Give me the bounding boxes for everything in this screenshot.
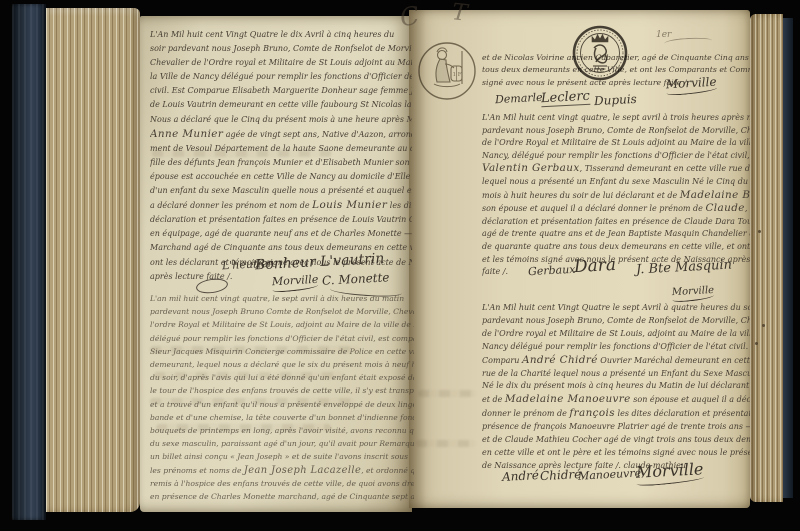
manuscript-line: en équipage, agé de quarante neuf ans et… [150,227,412,241]
manuscript-line: Nancy, délégué pour remplir les fonction… [482,150,750,163]
manuscript-line: un billet ainsi conçu « Jean Joseph » et… [150,450,414,463]
person-name: André Chidré [522,354,598,366]
signature-witness: André [502,468,540,484]
person-name: françois [569,407,615,419]
manuscript-line: la Ville de Nancy délégué pour remplir l… [150,70,412,84]
manuscript-line: Valentin Gerbaux, Tisserand demeurant en… [482,162,750,176]
manuscript-line: soir pardevant nous Joseph Bruno, Comte … [150,42,412,56]
manuscript-line: et de Madelaine Manoeuvre son épouse et … [482,393,750,407]
foundling-act-lacazelle: L'an mil huit cent vingt quatre, le sept… [150,292,414,503]
page-edges-left [46,8,140,512]
signature-official: Morville [666,75,718,97]
book-cover-left [12,4,46,520]
ink-showthrough [418,390,476,397]
manuscript-line: mois à huit heures du soir de lui déclar… [482,189,750,203]
manuscript-line: Nancy délégué pour remplir les fonctions… [482,341,750,354]
person-name: Madelaine Manoeuvre [505,393,631,405]
manuscript-line: le tour de l'hospice des enfans trouvés … [150,384,414,397]
book-cover-right [783,18,793,498]
person-name: Anne Munier [150,128,223,140]
manuscript-line: les prénoms et noms de Jean Joseph Lacaz… [150,464,414,477]
manuscript-line: l'ordre Royal et Militaire de St Louis, … [150,318,414,331]
manuscript-line: lequel nous a présenté un Enfant du sexe… [482,176,750,189]
manuscript-line: déclaration et présentation faites en pr… [482,216,750,229]
person-name: Claude [705,202,744,214]
manuscript-line: L'An Mil huit cent vingt quatre, le sept… [482,112,750,125]
ink-flourish: T [451,0,469,27]
page-edges-right [750,14,783,502]
birth-act-munier: L'An Mil huit cent Vingt Quatre le dix A… [150,28,412,284]
manuscript-line: délégué pour remplir les fonctions d'Off… [150,332,414,345]
signature-witness: Leclerc [541,89,591,108]
manuscript-line: demeurant, lequel nous a déclaré que le … [150,358,414,371]
manuscript-line: déclaration et présentation faites en pr… [150,213,412,227]
crowned-monogram-stamp-icon [571,24,629,82]
manuscript-line: en présence de Charles Monette marchand,… [150,490,414,503]
ink-flourish: C [398,1,422,33]
manuscript-line: et de Claude Mathieu Cocher agé de vingt… [482,434,750,447]
manuscript-line: d'un enfant du sexe Masculin quelle nous… [150,184,412,198]
manuscript-line: donner le prénom de françois les dites d… [482,407,750,421]
manuscript-line: rue de la Charité lequel nous a présenté… [482,368,750,381]
signature-witness: Dupuis [594,92,637,108]
manuscript-line: L'An Mil huit cent Vingt Quatre le sept … [482,302,750,315]
signature-official: Morville [672,285,715,303]
manuscript-line: Anne Munier agée de vingt sept ans, Nati… [150,127,412,142]
manuscript-line: pardevant nous Joseph Bruno Comte de Ron… [150,305,414,318]
signature-witness: Gerbaux [528,263,576,278]
manuscript-line: bande et d'une chemise, la tête couverte… [150,411,414,424]
manuscript-line: de quarante quatre ans tous deux demeura… [482,241,750,254]
manuscript-line: ment de Vesoul Département de la haute S… [150,142,412,156]
manuscript-line: L'An Mil huit cent Vingt Quatre le dix A… [150,28,412,42]
manuscript-line: Né le dix du présent mois à cinq heures … [482,380,750,393]
revenue-stamp-icon: 1 F [416,40,478,102]
manuscript-line: agé de trente quatre ans et de Jean Bapt… [482,228,750,241]
manuscript-line: présence de françois Manoeuvre Platrier … [482,421,750,434]
signature-official: Morville [272,273,319,293]
manuscript-line: remis à l'hospice des enfans trouvés de … [150,477,414,490]
manuscript-line: civil. Est Comparue Elisabeth Marguerite… [150,84,412,98]
manuscript-line: du soir, d'après l'avis qui lui a été do… [150,371,414,384]
manuscript-line: Chevalier de l'Ordre royal et Militaire … [150,56,412,70]
ink-showthrough [416,440,476,447]
manuscript-line: du sexe masculin, paraissant agé d'un jo… [150,437,414,450]
birth-act-gerbaux: L'An Mil huit cent vingt quatre, le sept… [482,112,750,279]
manuscript-line: épouse est accouchée en cette Ville de N… [150,170,412,184]
manuscript-line: de l'Ordre Royal et Militaire de St Loui… [482,137,750,150]
manuscript-line: en cette ville et ont le père et les tém… [482,447,750,460]
manuscript-line: pardevant nous Joseph Bruno, Comte de Ro… [482,315,750,328]
manuscript-line: Sieur Jacques Misquirin Concierge commis… [150,345,414,358]
manuscript-line: de Louis Vautrin demeurant en cette vill… [150,98,412,112]
manuscript-line: fille des défunts Jean françois Munier e… [150,156,412,170]
registry-book-photo: L'An Mil huit cent Vingt Quatre le dix A… [0,0,800,531]
manuscript-line: L'an mil huit cent vingt quatre, le sept… [150,292,414,305]
person-name: Louis Munier [312,199,387,211]
person-name: Valentin Gerbaux [482,162,580,174]
signature-witness: Demarle [495,91,543,106]
manuscript-line: et a trouvé d'un enfant qu'il nous a pré… [150,398,414,411]
signature-witness: Dara [574,255,617,277]
paper-speck [755,342,758,345]
manuscript-line: bouquets de printemps en long, après l'a… [150,424,414,437]
stamp-value-label: 1 F [453,72,462,78]
manuscript-line: son épouse et auquel il a déclaré donner… [482,202,750,216]
manuscript-line: Comparu André Chidré Ouvrier Maréchal de… [482,354,750,368]
signature-official: Morville [635,459,704,487]
person-name: Madelaine Bernard [680,189,750,201]
folio-mark: 1er [656,30,671,40]
paper-speck [762,324,765,327]
manuscript-line: de l'Ordre royal et Militaire de St Loui… [482,328,750,341]
paper-speck [758,230,761,233]
manuscript-line: Nous a déclaré que le Cinq du présent mo… [150,113,412,127]
manuscript-line: pardevant nous Joseph Bruno, Comte de Ro… [482,125,750,138]
manuscript-line: a déclaré donner les prénom et nom de Lo… [150,198,412,213]
person-name: Jean Joseph Lacazelle [244,465,361,476]
birth-act-chidre: L'An Mil huit cent Vingt Quatre le sept … [482,302,750,473]
